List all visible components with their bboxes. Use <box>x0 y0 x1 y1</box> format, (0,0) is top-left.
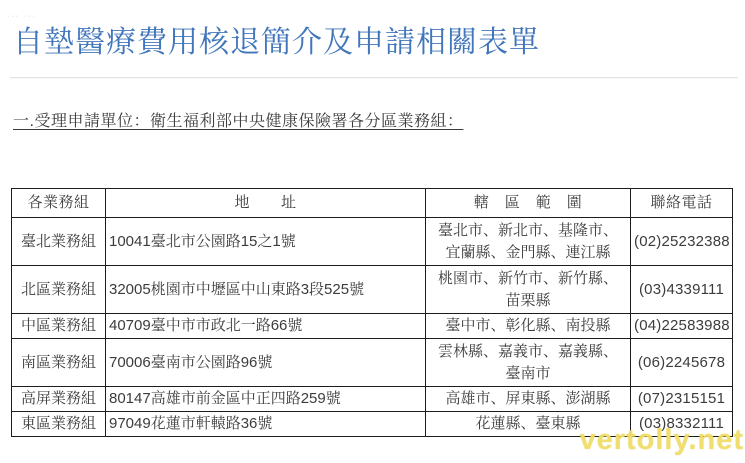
page-title: 自墊醫療費用核退簡介及申請相關表單 <box>13 26 735 60</box>
phone-cell: (04)22583988 <box>631 314 733 339</box>
region-cell: 臺中市、彰化縣、南投縣 <box>426 314 631 339</box>
phone-cell: (03)8332111 <box>631 412 733 437</box>
region-cell: 雲林縣、嘉義市、嘉義縣、 臺南市 <box>426 339 631 387</box>
header-group: 各業務組 <box>12 189 106 218</box>
group-cell: 中區業務組 <box>12 314 106 339</box>
group-cell: 北區業務組 <box>12 266 106 314</box>
table-row-central: 中區業務組 40709臺中市市政北一路66號 臺中市、彰化縣、南投縣 (04)2… <box>12 314 733 339</box>
title-divider <box>10 77 738 79</box>
group-cell: 高屏業務組 <box>12 387 106 412</box>
region-cell: 高雄市、屏東縣、澎湖縣 <box>426 387 631 412</box>
phone-cell: (06)2245678 <box>631 339 733 387</box>
table-row-kaoping: 高屏業務組 80147高雄市前金區中正四路259號 高雄市、屏東縣、澎湖縣 (0… <box>12 387 733 412</box>
group-cell: 東區業務組 <box>12 412 106 437</box>
header-phone: 聯絡電話 <box>631 189 733 218</box>
address-cell: 80147高雄市前金區中正四路259號 <box>106 387 426 412</box>
scan-artifact-dots: ··· ··· <box>7 14 37 19</box>
address-cell: 40709臺中市市政北一路66號 <box>106 314 426 339</box>
table-header-row: 各業務組 地 址 轄 區 範 圍 聯絡電話 <box>12 189 733 218</box>
header-region: 轄 區 範 圍 <box>426 189 631 218</box>
phone-cell: (02)25232388 <box>631 218 733 266</box>
table-row-eastern: 東區業務組 97049花蓮市軒轅路36號 花蓮縣、臺東縣 (03)8332111 <box>12 412 733 437</box>
region-cell: 花蓮縣、臺東縣 <box>426 412 631 437</box>
region-cell: 臺北市、新北市、基隆市、 宜蘭縣、金門縣、連江縣 <box>426 218 631 266</box>
phone-cell: (07)2315151 <box>631 387 733 412</box>
regional-offices-table: 各業務組 地 址 轄 區 範 圍 聯絡電話 臺北業務組 10041臺北市公園路1… <box>11 188 733 437</box>
page-container: 自墊醫療費用核退簡介及申請相關表單 一.受理申請單位：衛生福利部中央健康保險署各… <box>0 0 745 437</box>
table-row-taipei: 臺北業務組 10041臺北市公園路15之1號 臺北市、新北市、基隆市、 宜蘭縣、… <box>12 218 733 266</box>
address-cell: 32005桃園市中壢區中山東路3段525號 <box>106 266 426 314</box>
group-cell: 南區業務組 <box>12 339 106 387</box>
region-cell: 桃園市、新竹市、新竹縣、 苗栗縣 <box>426 266 631 314</box>
section-heading-accepting-units: 一.受理申請單位：衛生福利部中央健康保險署各分區業務組： <box>13 108 735 131</box>
header-address: 地 址 <box>106 189 426 218</box>
address-cell: 70006臺南市公園路96號 <box>106 339 426 387</box>
table-row-northern: 北區業務組 32005桃園市中壢區中山東路3段525號 桃園市、新竹市、新竹縣、… <box>12 266 733 314</box>
phone-cell: (03)4339111 <box>631 266 733 314</box>
table-row-southern: 南區業務組 70006臺南市公園路96號 雲林縣、嘉義市、嘉義縣、 臺南市 (0… <box>12 339 733 387</box>
address-cell: 97049花蓮市軒轅路36號 <box>106 412 426 437</box>
address-cell: 10041臺北市公園路15之1號 <box>106 218 426 266</box>
group-cell: 臺北業務組 <box>12 218 106 266</box>
